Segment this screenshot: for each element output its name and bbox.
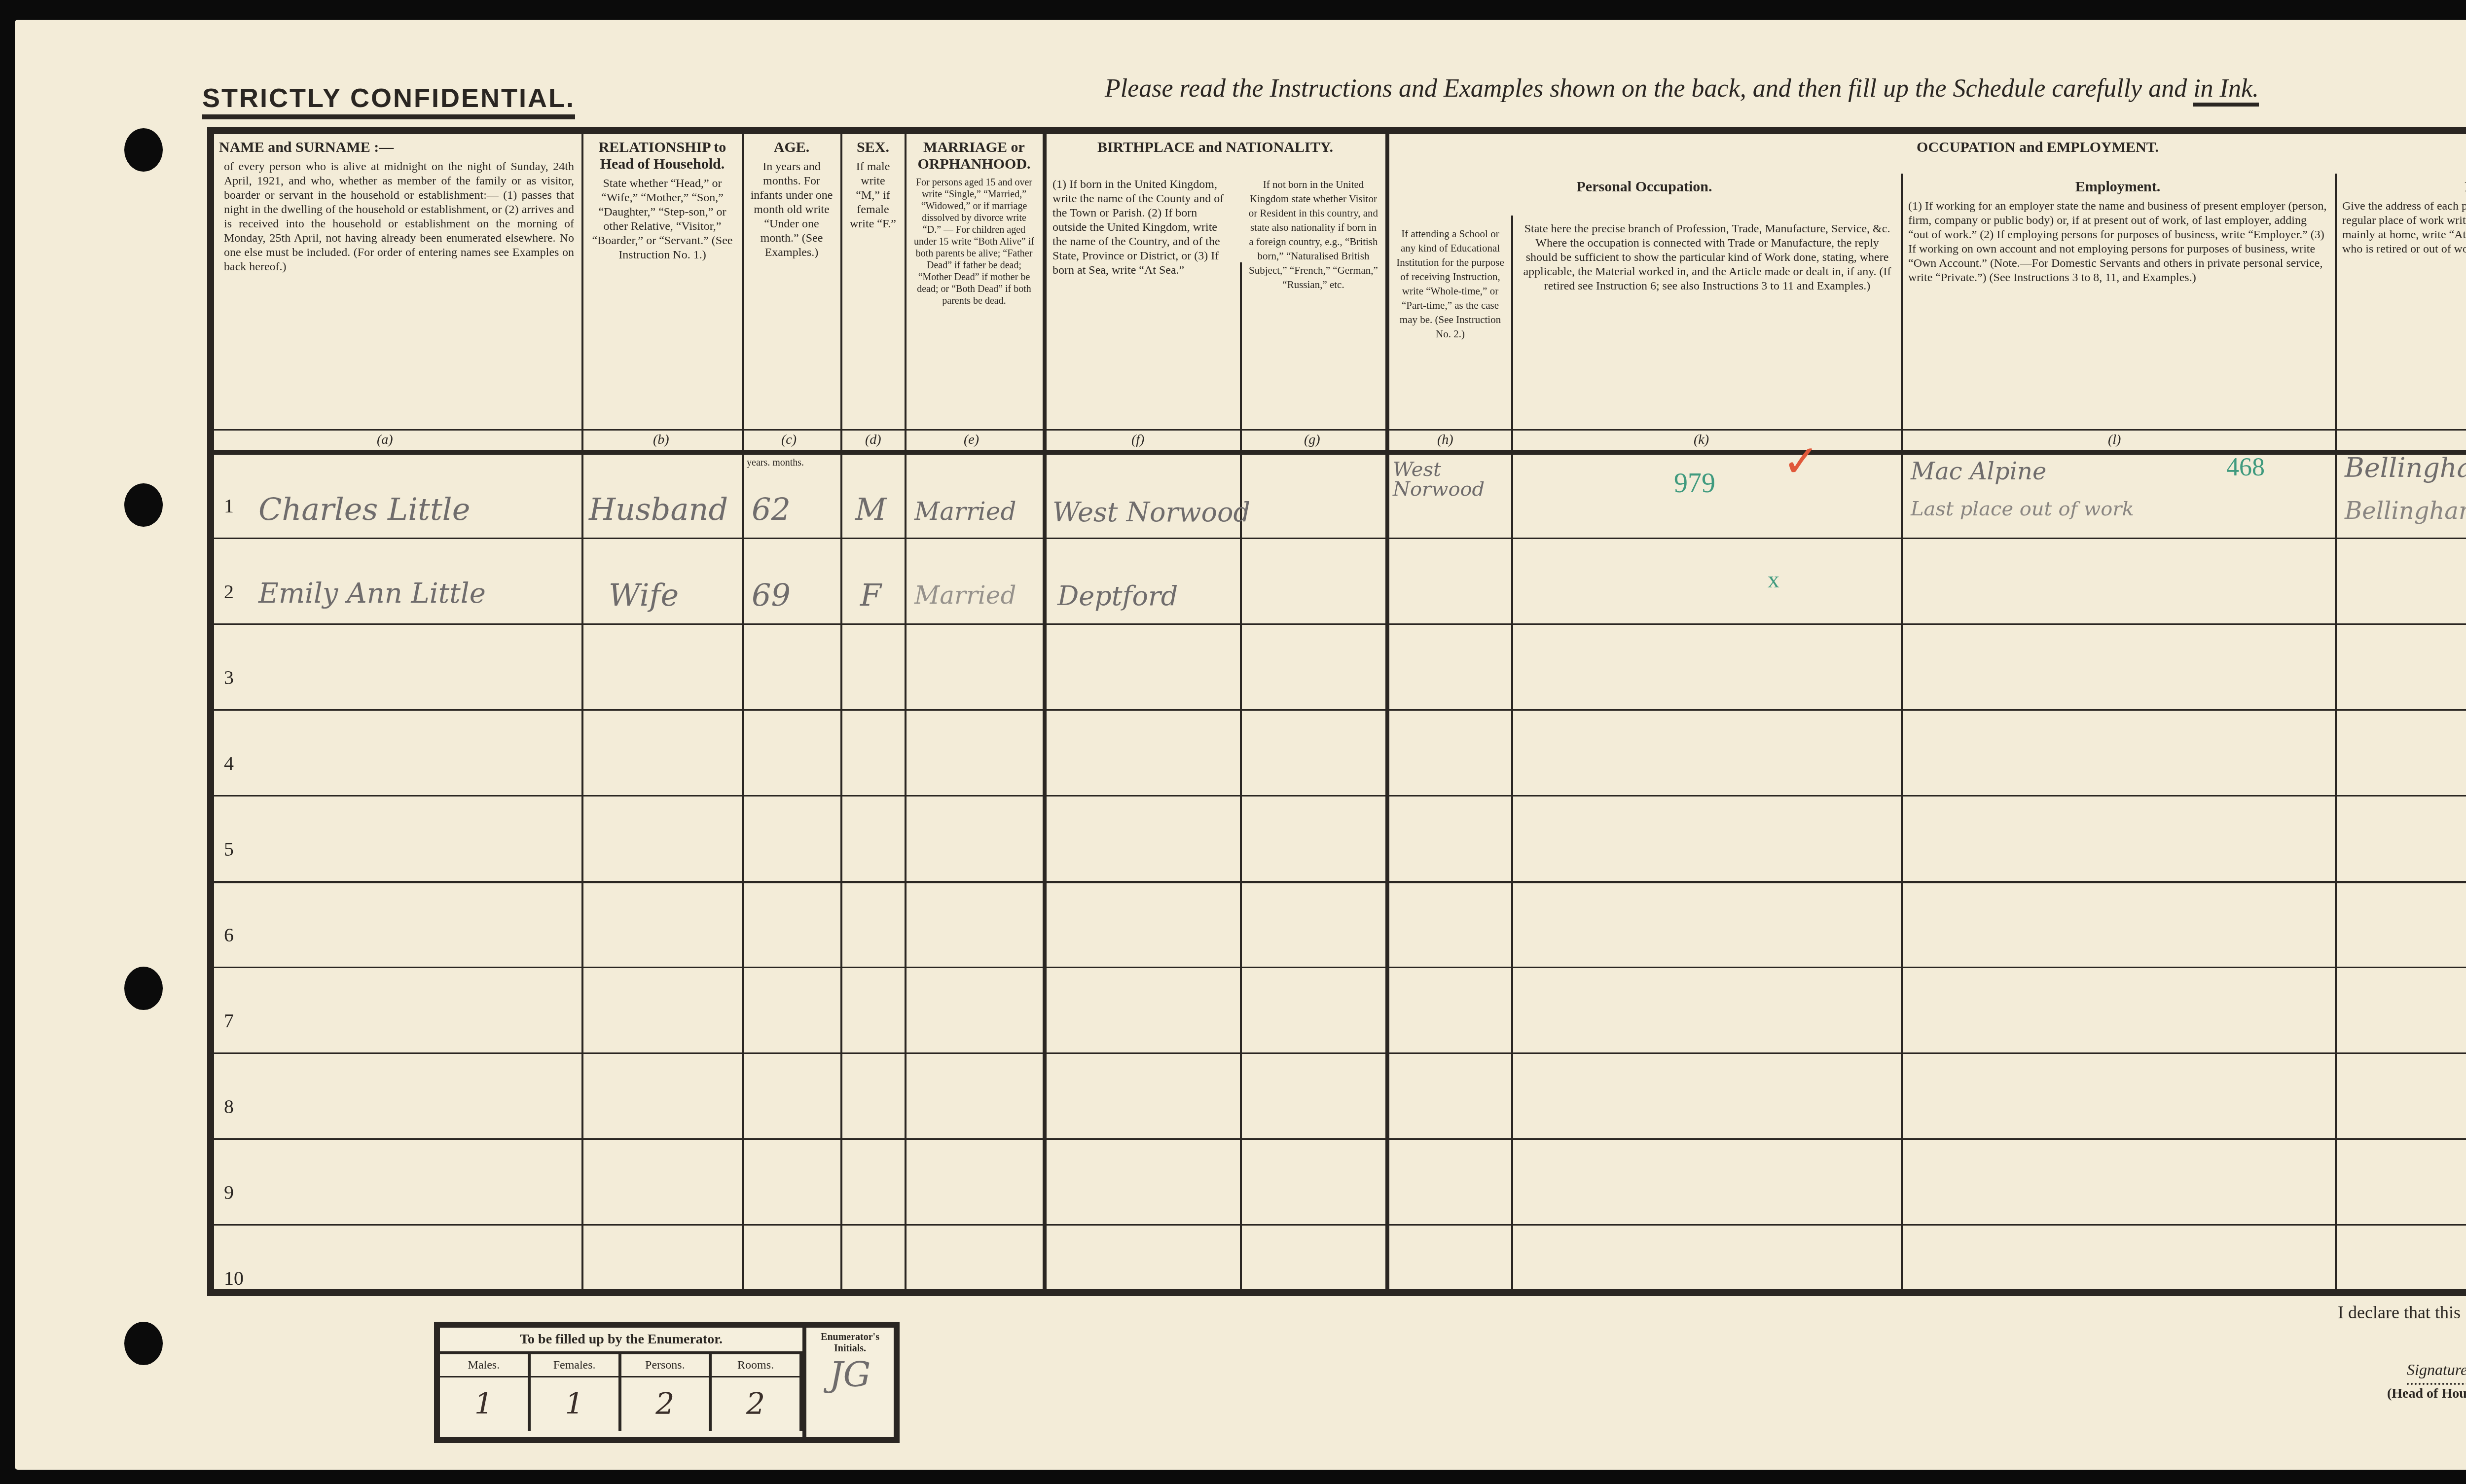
page-title: STRICTLY CONFIDENTIAL. bbox=[202, 83, 575, 119]
row2-occupation-mark: x bbox=[1768, 568, 1779, 592]
col-e-header: MARRIAGE or ORPHANHOOD.For persons aged … bbox=[907, 139, 1041, 311]
row-number: 7 bbox=[224, 1009, 234, 1032]
enumerator-summary-box: To be filled up by the Enumerator. Males… bbox=[434, 1322, 900, 1443]
row1-age-years[interactable]: 62 bbox=[752, 494, 791, 525]
punch-hole bbox=[124, 128, 163, 172]
punch-hole bbox=[124, 1322, 163, 1365]
rooms-label: Rooms. bbox=[712, 1354, 801, 1377]
row1-place-of-work-2[interactable]: Bellingham bbox=[2345, 499, 2466, 523]
age-subheads: years. months. bbox=[747, 457, 804, 469]
col-d-header: SEX.If male write “M,” if female write “… bbox=[843, 139, 903, 235]
row2-name[interactable]: Emily Ann Little bbox=[258, 580, 486, 608]
row-number: 6 bbox=[224, 923, 234, 946]
row2-sex[interactable]: F bbox=[860, 580, 881, 611]
row1-education[interactable]: West Norwood bbox=[1393, 460, 1506, 499]
col-a-header: NAME and SURNAME :—of every person who i… bbox=[219, 139, 579, 278]
col-f-header: (1) If born in the United Kingdom, write… bbox=[1048, 174, 1239, 282]
row2-age-years[interactable]: 69 bbox=[752, 580, 791, 611]
row1-employment-1[interactable]: Mac Alpine bbox=[1911, 460, 2046, 483]
row2-birthplace[interactable]: Deptford bbox=[1057, 583, 1178, 610]
initials-value[interactable]: JG bbox=[806, 1354, 894, 1395]
rooms-value[interactable]: 2 bbox=[712, 1377, 801, 1431]
row-number: 8 bbox=[224, 1095, 234, 1118]
row-number: 2 bbox=[224, 580, 234, 603]
initials-label: Enumerator's Initials. bbox=[806, 1328, 894, 1354]
punch-hole bbox=[124, 483, 163, 527]
col-f-letter: (f) bbox=[1131, 432, 1144, 448]
col-h-letter: (h) bbox=[1437, 432, 1453, 448]
row-number: 4 bbox=[224, 752, 234, 775]
col-c-letter: (c) bbox=[781, 432, 797, 448]
col-b-header: RELATIONSHIP to Head of Household.State … bbox=[584, 139, 741, 266]
row1-relationship[interactable]: Husband bbox=[589, 494, 728, 525]
males-label: Males. bbox=[440, 1354, 529, 1377]
col-c-header: AGE.In years and months. For infants und… bbox=[744, 139, 839, 264]
enumerator-initials: Enumerator's Initials. JG bbox=[802, 1328, 894, 1437]
col-h-header: If attending a School or any kind of Edu… bbox=[1390, 223, 1510, 345]
household-table: NAME and SURNAME :—of every person who i… bbox=[207, 127, 2466, 1296]
col-a-letter: (a) bbox=[377, 432, 393, 448]
col-e-letter: (e) bbox=[964, 432, 979, 448]
row-number: 5 bbox=[224, 837, 234, 861]
signature-line: Signature Charles Little bbox=[2407, 1346, 2466, 1385]
signature-footnote: (Head of Household, Manager of Establish… bbox=[2387, 1386, 2466, 1402]
col-g-header: If not born in the United Kingdom state … bbox=[1242, 174, 1384, 296]
declaration-text: I declare that this Schedule is correctl… bbox=[2338, 1302, 2466, 1323]
instruction-line: Please read the Instructions and Example… bbox=[1105, 74, 2259, 103]
col-k-header: State here the precise branch of Profess… bbox=[1516, 218, 1898, 297]
punch-hole bbox=[124, 967, 163, 1010]
enumerator-box-header: To be filled up by the Enumerator. bbox=[440, 1328, 802, 1354]
females-label: Females. bbox=[531, 1354, 620, 1377]
row1-name[interactable]: Charles Little bbox=[258, 494, 470, 525]
col-l-letter: (l) bbox=[2108, 432, 2121, 448]
persons-label: Persons. bbox=[621, 1354, 711, 1377]
males-value[interactable]: 1 bbox=[440, 1377, 529, 1431]
row-number: 1 bbox=[224, 494, 234, 517]
col-m-header: Place of Work.Give the address of each p… bbox=[2337, 179, 2466, 260]
row1-birthplace[interactable]: West Norwood bbox=[1052, 499, 1250, 526]
col-k-title: Personal Occupation. bbox=[1390, 179, 1898, 195]
row-number: 10 bbox=[224, 1267, 244, 1290]
row2-relationship[interactable]: Wife bbox=[609, 580, 679, 611]
row1-place-of-work-1[interactable]: Bellingham bbox=[2345, 455, 2466, 481]
col-b-letter: (b) bbox=[653, 432, 669, 448]
persons-value[interactable]: 2 bbox=[621, 1377, 711, 1431]
females-value[interactable]: 1 bbox=[531, 1377, 620, 1431]
col-l-header: Employment.(1) If working for an employe… bbox=[1903, 179, 2332, 289]
row1-employment-code: 468 bbox=[2226, 455, 2265, 480]
row-number: 3 bbox=[224, 666, 234, 689]
col-g-letter: (g) bbox=[1304, 432, 1320, 448]
row-number: 9 bbox=[224, 1181, 234, 1204]
row2-marriage[interactable]: Married bbox=[914, 583, 1016, 608]
row1-sex[interactable]: M bbox=[855, 494, 886, 525]
col-k-letter: (k) bbox=[1694, 432, 1709, 448]
row1-marriage[interactable]: Married bbox=[914, 499, 1016, 524]
col-d-letter: (d) bbox=[865, 432, 881, 448]
row1-occupation-code: 979 bbox=[1674, 470, 1715, 497]
check-mark-icon: ✓ bbox=[1782, 440, 1819, 484]
birthplace-group-header: BIRTHPLACE and NATIONALITY. bbox=[1048, 139, 1383, 156]
occupation-group-header: OCCUPATION and EMPLOYMENT. bbox=[1390, 139, 2466, 156]
row1-employment-2[interactable]: Last place out of work bbox=[1911, 499, 2134, 519]
